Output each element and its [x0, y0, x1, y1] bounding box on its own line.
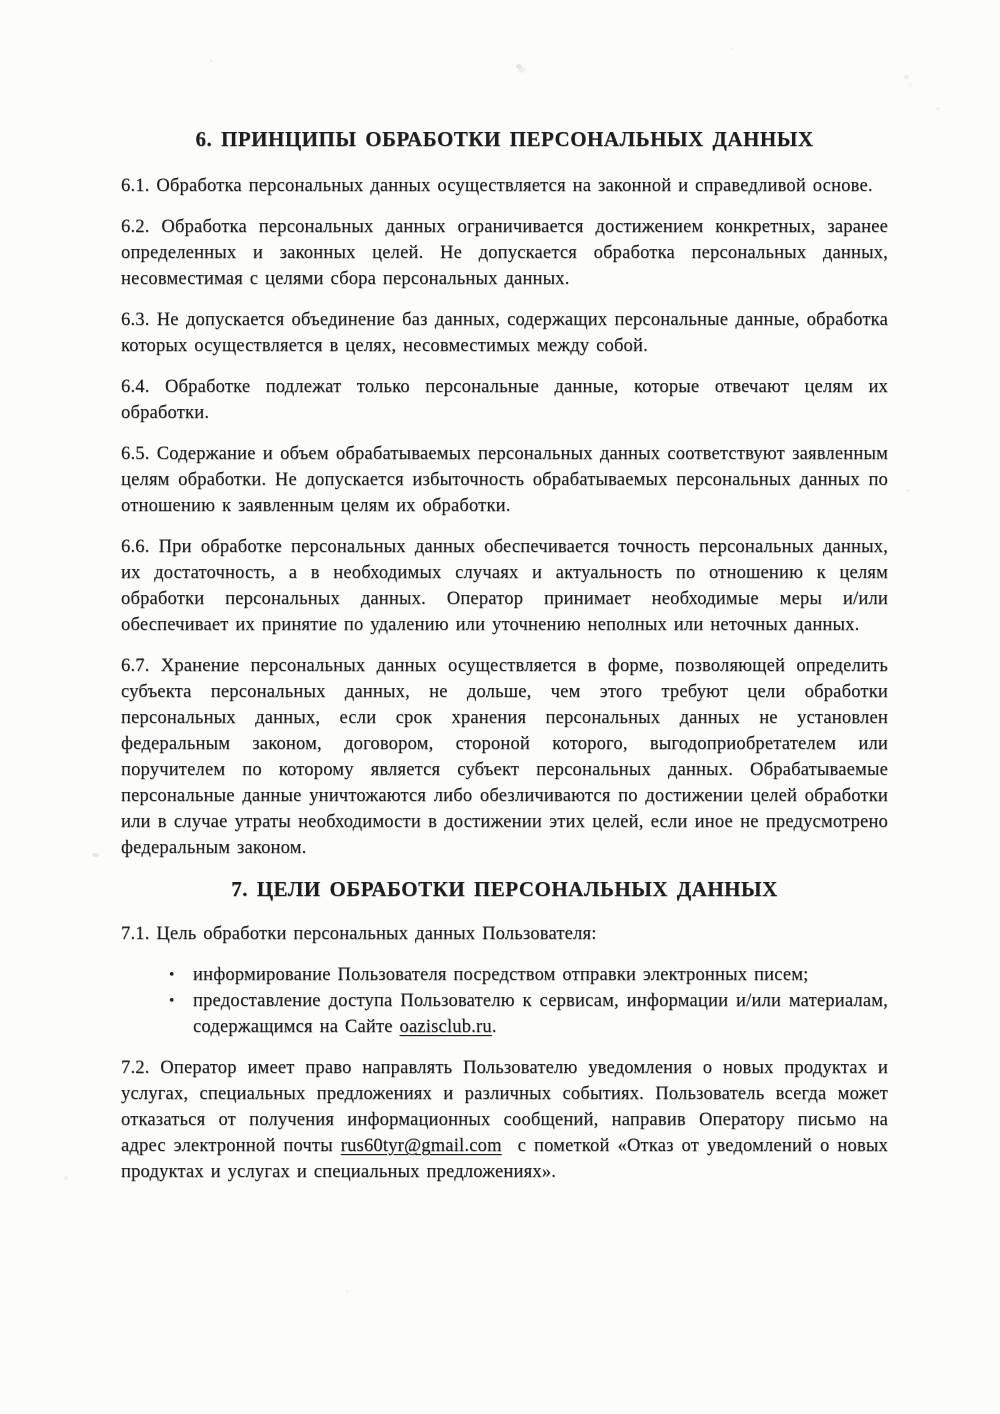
paragraph-6-2: 6.2. Обработка персональных данных огран…: [121, 214, 888, 292]
scan-speck: [904, 75, 909, 79]
bullet-2-text: предоставление доступа Пользователю к се…: [193, 991, 888, 1037]
paragraph-6-1: 6.1. Обработка персональных данных осуще…: [121, 173, 888, 199]
paragraph-6-6: 6.6. При обработке персональных данных о…: [121, 534, 888, 638]
scan-speck: [730, 48, 733, 50]
section-7-title: 7. ЦЕЛИ ОБРАБОТКИ ПЕРСОНАЛЬНЫХ ДАННЫХ: [121, 876, 888, 903]
scan-speck: [92, 853, 99, 857]
goals-bullet-list: • информирование Пользователя посредство…: [121, 962, 888, 1040]
scan-speck: [516, 64, 522, 69]
paragraph-7-1: 7.1. Цель обработки персональных данных …: [121, 921, 888, 947]
list-item: • информирование Пользователя посредство…: [121, 962, 888, 988]
scan-speck: [346, 1290, 349, 1293]
scan-speck: [936, 107, 940, 110]
scan-speck: [210, 59, 213, 62]
paragraph-7-2: 7.2. Оператор имеет право направлять Пол…: [121, 1055, 888, 1185]
section-6-title: 6. ПРИНЦИПЫ ОБРАБОТКИ ПЕРСОНАЛЬНЫХ ДАННЫ…: [121, 126, 888, 153]
list-item: • предоставление доступа Пользователю к …: [121, 988, 888, 1040]
paragraph-6-5: 6.5. Содержание и объем обрабатываемых п…: [121, 441, 888, 519]
paragraph-6-7: 6.7. Хранение персональных данных осущес…: [121, 653, 888, 861]
scan-speck: [906, 489, 910, 492]
scanned-document-page: 6. ПРИНЦИПЫ ОБРАБОТКИ ПЕРСОНАЛЬНЫХ ДАННЫ…: [0, 0, 1000, 1414]
email-link[interactable]: rus60tyr@gmail.com: [341, 1136, 502, 1156]
bullet-icon: •: [169, 988, 174, 1014]
bullet-1-text: информирование Пользователя посредством …: [193, 965, 809, 985]
scan-speck: [64, 1176, 68, 1180]
paragraph-6-4: 6.4. Обработке подлежат только персональ…: [121, 374, 888, 426]
bullet-2-suffix: .: [492, 1017, 497, 1037]
site-link[interactable]: oazisclub.ru: [400, 1017, 492, 1037]
paragraph-6-3: 6.3. Не допускается объединение баз данн…: [121, 307, 888, 359]
bullet-icon: •: [169, 962, 174, 988]
